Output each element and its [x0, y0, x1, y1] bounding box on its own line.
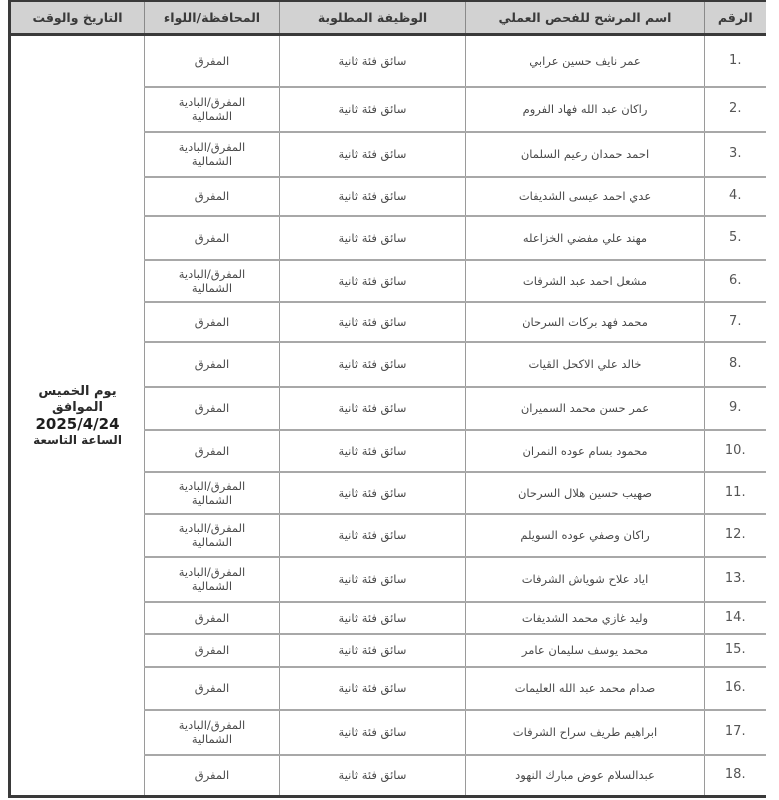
governorate: المفرق/البادية الشمالية: [145, 132, 280, 177]
governorate-line2: الشمالية: [149, 535, 275, 549]
candidate-name: عمر نايف حسين عرابي: [466, 35, 705, 87]
candidate-name: محمد فهد بركات السرحان: [466, 302, 705, 342]
job-title: سائق فئة ثانية: [280, 667, 466, 710]
row-number: 8.: [705, 342, 766, 387]
governorate: المفرق: [145, 342, 280, 387]
header-datetime: التاريخ والوقت: [10, 1, 145, 35]
job-title: سائق فئة ثانية: [280, 602, 466, 634]
candidate-name: عمر حسن محمد السميران: [466, 387, 705, 430]
candidate-name: وليد غازي محمد الشديفات: [466, 602, 705, 634]
governorate: المفرق/البادية الشمالية: [145, 710, 280, 755]
header-candidate-name: اسم المرشح للفحص العملي: [466, 1, 705, 35]
row-number: 12.: [705, 514, 766, 557]
governorate-line1: المفرق/البادية: [149, 565, 275, 579]
row-number: 11.: [705, 472, 766, 514]
row-number: 18.: [705, 755, 766, 797]
candidate-name: اياد علاح شوياش الشرفات: [466, 557, 705, 602]
governorate: المفرق: [145, 387, 280, 430]
governorate-line1: المفرق: [149, 189, 275, 203]
candidate-name: راكان عبد الله فهاد الفروم: [466, 87, 705, 132]
job-title: سائق فئة ثانية: [280, 132, 466, 177]
row-number: 2.: [705, 87, 766, 132]
job-title: سائق فئة ثانية: [280, 387, 466, 430]
row-number: 9.: [705, 387, 766, 430]
table-row: 1. عمر نايف حسين عرابي سائق فئة ثانية ال…: [10, 35, 766, 87]
row-number: 17.: [705, 710, 766, 755]
governorate: المفرق: [145, 302, 280, 342]
datetime-cell: يوم الخميس الموافق 2025/4/24 الساعة التا…: [10, 35, 145, 797]
candidate-name: مهند علي مفضي الخزاعله: [466, 216, 705, 260]
governorate-line1: المفرق/البادية: [149, 140, 275, 154]
governorate-line2: الشمالية: [149, 281, 275, 295]
governorate-line1: المفرق/البادية: [149, 521, 275, 535]
governorate: المفرق: [145, 35, 280, 87]
governorate: المفرق/البادية الشمالية: [145, 260, 280, 302]
governorate-line1: المفرق: [149, 315, 275, 329]
row-number: 6.: [705, 260, 766, 302]
governorate-line1: المفرق: [149, 681, 275, 695]
governorate-line1: المفرق/البادية: [149, 267, 275, 281]
governorate: المفرق/البادية الشمالية: [145, 557, 280, 602]
governorate: المفرق: [145, 177, 280, 216]
job-title: سائق فئة ثانية: [280, 710, 466, 755]
governorate: المفرق/البادية الشمالية: [145, 87, 280, 132]
governorate-line1: المفرق: [149, 231, 275, 245]
header-governorate: المحافظة/اللواء: [145, 1, 280, 35]
candidate-name: محمود بسام عوده النمران: [466, 430, 705, 472]
governorate-line1: المفرق/البادية: [149, 479, 275, 493]
candidate-name: صهيب حسين هلال السرحان: [466, 472, 705, 514]
governorate-line1: المفرق: [149, 611, 275, 625]
row-number: 3.: [705, 132, 766, 177]
job-title: سائق فئة ثانية: [280, 260, 466, 302]
governorate-line2: الشمالية: [149, 109, 275, 123]
datetime-day: يوم الخميس: [15, 384, 140, 400]
row-number: 1.: [705, 35, 766, 87]
datetime-time: الساعة التاسعة: [15, 432, 140, 448]
candidates-table: الرقم اسم المرشح للفحص العملي الوظيفة ال…: [8, 0, 766, 798]
candidate-name: محمد يوسف سليمان عامر: [466, 634, 705, 667]
header-number: الرقم: [705, 1, 766, 35]
row-number: 15.: [705, 634, 766, 667]
candidate-name: راكان وصفي عوده السويلم: [466, 514, 705, 557]
governorate-line1: المفرق/البادية: [149, 95, 275, 109]
governorate: المفرق/البادية الشمالية: [145, 514, 280, 557]
table-body: 1. عمر نايف حسين عرابي سائق فئة ثانية ال…: [10, 35, 766, 797]
governorate: المفرق: [145, 667, 280, 710]
row-number: 4.: [705, 177, 766, 216]
candidate-name: عبدالسلام عوض مبارك النهود: [466, 755, 705, 797]
job-title: سائق فئة ثانية: [280, 430, 466, 472]
candidate-name: عدي احمد عيسى الشديفات: [466, 177, 705, 216]
governorate-line1: المفرق: [149, 54, 275, 68]
job-title: سائق فئة ثانية: [280, 87, 466, 132]
job-title: سائق فئة ثانية: [280, 177, 466, 216]
governorate-line1: المفرق: [149, 357, 275, 371]
job-title: سائق فئة ثانية: [280, 634, 466, 667]
datetime-date: 2025/4/24: [15, 416, 140, 432]
governorate-line1: المفرق: [149, 643, 275, 657]
governorate-line2: الشمالية: [149, 154, 275, 168]
governorate: المفرق: [145, 634, 280, 667]
row-number: 7.: [705, 302, 766, 342]
row-number: 14.: [705, 602, 766, 634]
candidate-name: احمد حمدان رعيم السلمان: [466, 132, 705, 177]
table-header-row: الرقم اسم المرشح للفحص العملي الوظيفة ال…: [10, 1, 766, 35]
governorate: المفرق: [145, 216, 280, 260]
candidates-table-sheet: الرقم اسم المرشح للفحص العملي الوظيفة ال…: [8, 0, 764, 798]
governorate-line1: المفرق: [149, 768, 275, 782]
job-title: سائق فئة ثانية: [280, 472, 466, 514]
job-title: سائق فئة ثانية: [280, 342, 466, 387]
row-number: 5.: [705, 216, 766, 260]
candidate-name: ابراهيم طريف سراح الشرفات: [466, 710, 705, 755]
row-number: 16.: [705, 667, 766, 710]
governorate: المفرق/البادية الشمالية: [145, 472, 280, 514]
candidate-name: مشعل احمد عبد الشرفات: [466, 260, 705, 302]
job-title: سائق فئة ثانية: [280, 514, 466, 557]
governorate-line1: المفرق: [149, 444, 275, 458]
job-title: سائق فئة ثانية: [280, 557, 466, 602]
row-number: 13.: [705, 557, 766, 602]
job-title: سائق فئة ثانية: [280, 302, 466, 342]
candidate-name: صدام محمد عبد الله العليمات: [466, 667, 705, 710]
job-title: سائق فئة ثانية: [280, 216, 466, 260]
job-title: سائق فئة ثانية: [280, 755, 466, 797]
governorate: المفرق: [145, 755, 280, 797]
header-job: الوظيفة المطلوبة: [280, 1, 466, 35]
governorate: المفرق: [145, 430, 280, 472]
governorate-line2: الشمالية: [149, 493, 275, 507]
governorate: المفرق: [145, 602, 280, 634]
datetime-corresponding: الموافق: [15, 400, 140, 416]
row-number: 10.: [705, 430, 766, 472]
governorate-line1: المفرق/البادية: [149, 718, 275, 732]
job-title: سائق فئة ثانية: [280, 35, 466, 87]
candidate-name: خالد علي الاكحل القيات: [466, 342, 705, 387]
governorate-line2: الشمالية: [149, 732, 275, 746]
governorate-line1: المفرق: [149, 401, 275, 415]
governorate-line2: الشمالية: [149, 579, 275, 593]
